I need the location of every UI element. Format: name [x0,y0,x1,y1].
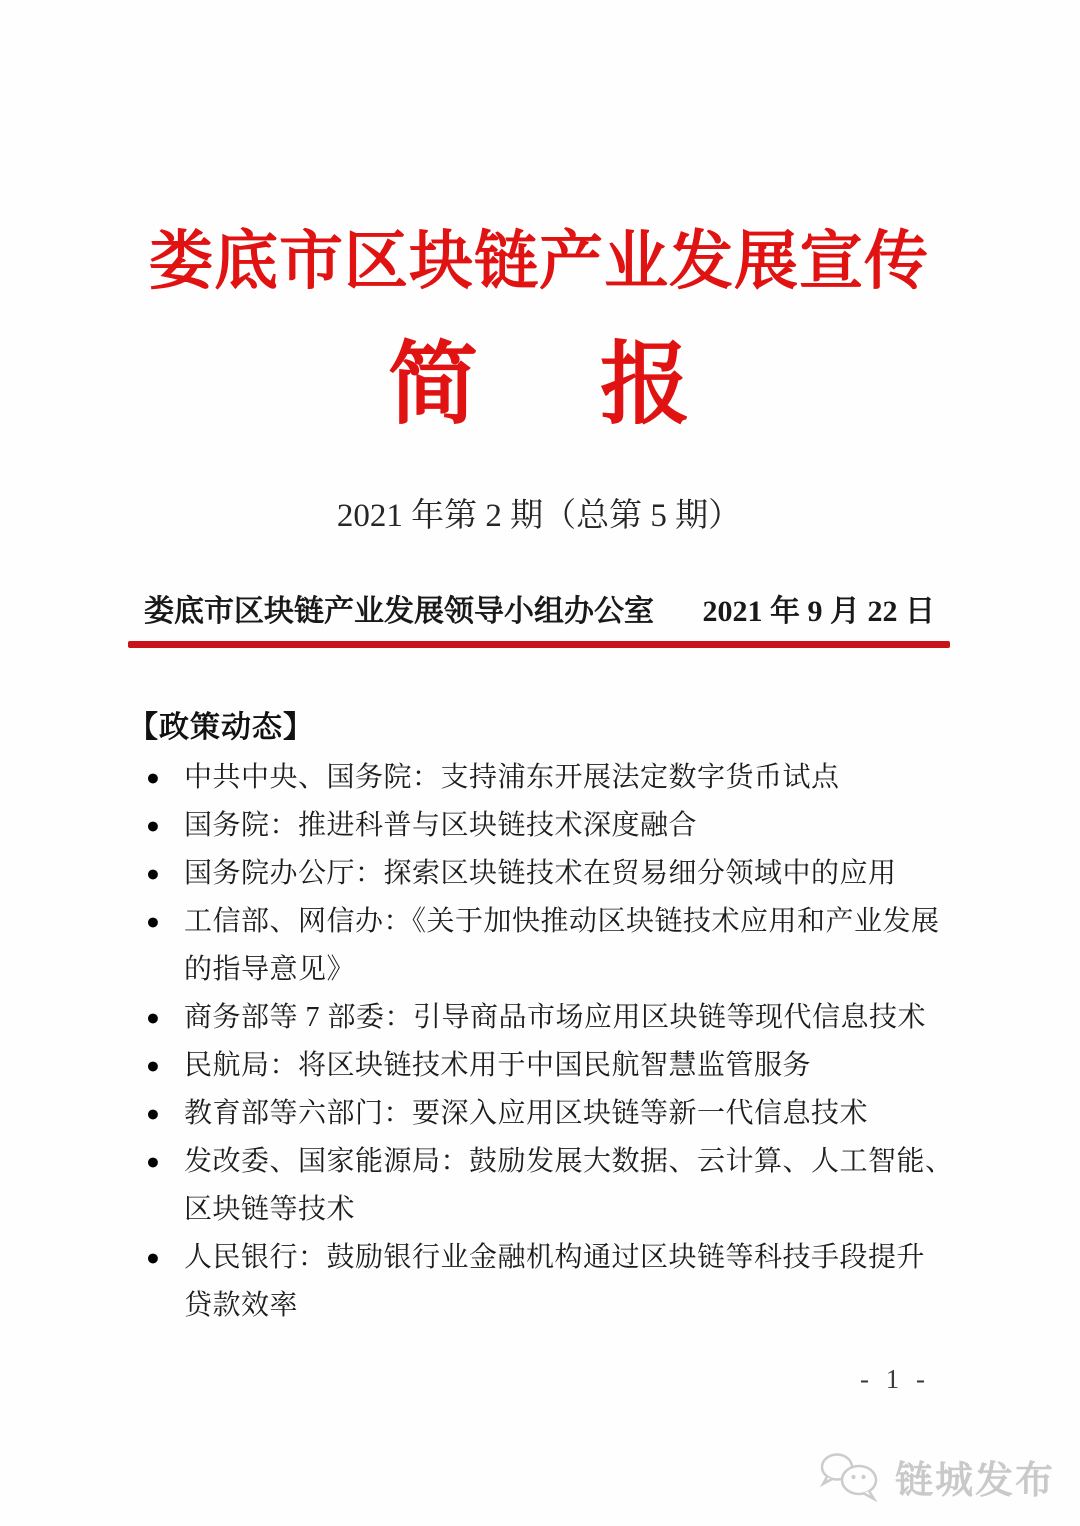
masthead-row: 娄底市区块链产业发展领导小组办公室 2021 年 9 月 22 日 [128,586,950,630]
bullet-icon: ● [146,802,184,850]
list-item: ●人民银行：鼓励银行业金融机构通过区块链等科技手段提升贷款效率 [128,1234,950,1330]
wechat-logo-icon [817,1450,885,1504]
policy-item-line: 教育部等六部门：要深入应用区块链等新一代信息技术 [184,1090,950,1138]
list-item: ●发改委、国家能源局：鼓励发展大数据、云计算、人工智能、区块链等技术 [128,1138,950,1234]
policy-item-line: 的指导意见》 [184,946,950,994]
subtitle-char-bao: 报 [600,341,690,431]
policy-item-line: 中共中央、国务院：支持浦东开展法定数字货币试点 [184,754,950,802]
policy-item-line: 国务院：推进科普与区块链技术深度融合 [184,802,950,850]
policy-item-text: 商务部等 7 部委：引导商品市场应用区块链等现代信息技术 [184,994,950,1042]
policy-item-text: 发改委、国家能源局：鼓励发展大数据、云计算、人工智能、区块链等技术 [184,1138,954,1234]
bullet-icon: ● [146,994,184,1042]
watermark-label: 链城发布 [895,1449,1055,1504]
masthead-divider [128,641,950,648]
policy-item-line: 国务院办公厅：探索区块链技术在贸易细分领域中的应用 [184,850,950,898]
policy-item-text: 人民银行：鼓励银行业金融机构通过区块链等科技手段提升贷款效率 [184,1234,950,1330]
policy-list: ●中共中央、国务院：支持浦东开展法定数字货币试点●国务院：推进科普与区块链技术深… [128,754,950,1330]
bullet-icon: ● [146,1090,184,1138]
page-subtitle: 简 报 [128,341,950,431]
policy-item-text: 中共中央、国务院：支持浦东开展法定数字货币试点 [184,754,950,802]
bullet-icon: ● [146,898,184,946]
page-number: - 1 - [128,1364,950,1395]
bullet-icon: ● [146,1042,184,1090]
list-item: ●中共中央、国务院：支持浦东开展法定数字货币试点 [128,754,950,802]
bulletin-page: 娄底市区块链产业发展宣传 简 报 2021 年第 2 期（总第 5 期） 娄底市… [0,0,1080,1526]
bullet-icon: ● [146,850,184,898]
policy-item-line: 人民银行：鼓励银行业金融机构通过区块链等科技手段提升 [184,1234,950,1282]
policy-item-text: 工信部、网信办：《关于加快推动区块链技术应用和产业发展的指导意见》 [184,898,950,994]
issuing-office: 娄底市区块链产业发展领导小组办公室 [144,586,654,630]
bulletin-content: 娄底市区块链产业发展宣传 简 报 2021 年第 2 期（总第 5 期） 娄底市… [128,0,950,1395]
list-item: ●民航局：将区块链技术用于中国民航智慧监管服务 [128,1042,950,1090]
issue-date: 2021 年 9 月 22 日 [703,586,936,630]
bullet-icon: ● [146,1234,184,1282]
subtitle-char-jian: 简 [388,341,478,431]
list-item: ●国务院办公厅：探索区块链技术在贸易细分领域中的应用 [128,850,950,898]
policy-item-line: 民航局：将区块链技术用于中国民航智慧监管服务 [184,1042,950,1090]
policy-item-text: 国务院：推进科普与区块链技术深度融合 [184,802,950,850]
policy-item-line: 商务部等 7 部委：引导商品市场应用区块链等现代信息技术 [184,994,950,1042]
policy-item-text: 民航局：将区块链技术用于中国民航智慧监管服务 [184,1042,950,1090]
policy-item-text: 教育部等六部门：要深入应用区块链等新一代信息技术 [184,1090,950,1138]
bullet-icon: ● [146,754,184,802]
watermark: 链城发布 [817,1449,1055,1504]
bullet-icon: ● [146,1138,184,1186]
policy-item-line: 贷款效率 [184,1282,950,1330]
section-header-policy: 【政策动态】 [128,702,950,746]
list-item: ●工信部、网信办：《关于加快推动区块链技术应用和产业发展的指导意见》 [128,898,950,994]
policy-item-line: 区块链等技术 [184,1186,954,1234]
policy-item-text: 国务院办公厅：探索区块链技术在贸易细分领域中的应用 [184,850,950,898]
policy-item-line: 发改委、国家能源局：鼓励发展大数据、云计算、人工智能、 [184,1138,954,1186]
list-item: ●国务院：推进科普与区块链技术深度融合 [128,802,950,850]
policy-item-line: 工信部、网信办：《关于加快推动区块链技术应用和产业发展 [184,898,950,946]
page-title: 娄底市区块链产业发展宣传 [128,225,950,299]
list-item: ●商务部等 7 部委：引导商品市场应用区块链等现代信息技术 [128,994,950,1042]
list-item: ●教育部等六部门：要深入应用区块链等新一代信息技术 [128,1090,950,1138]
issue-line: 2021 年第 2 期（总第 5 期） [128,489,950,536]
